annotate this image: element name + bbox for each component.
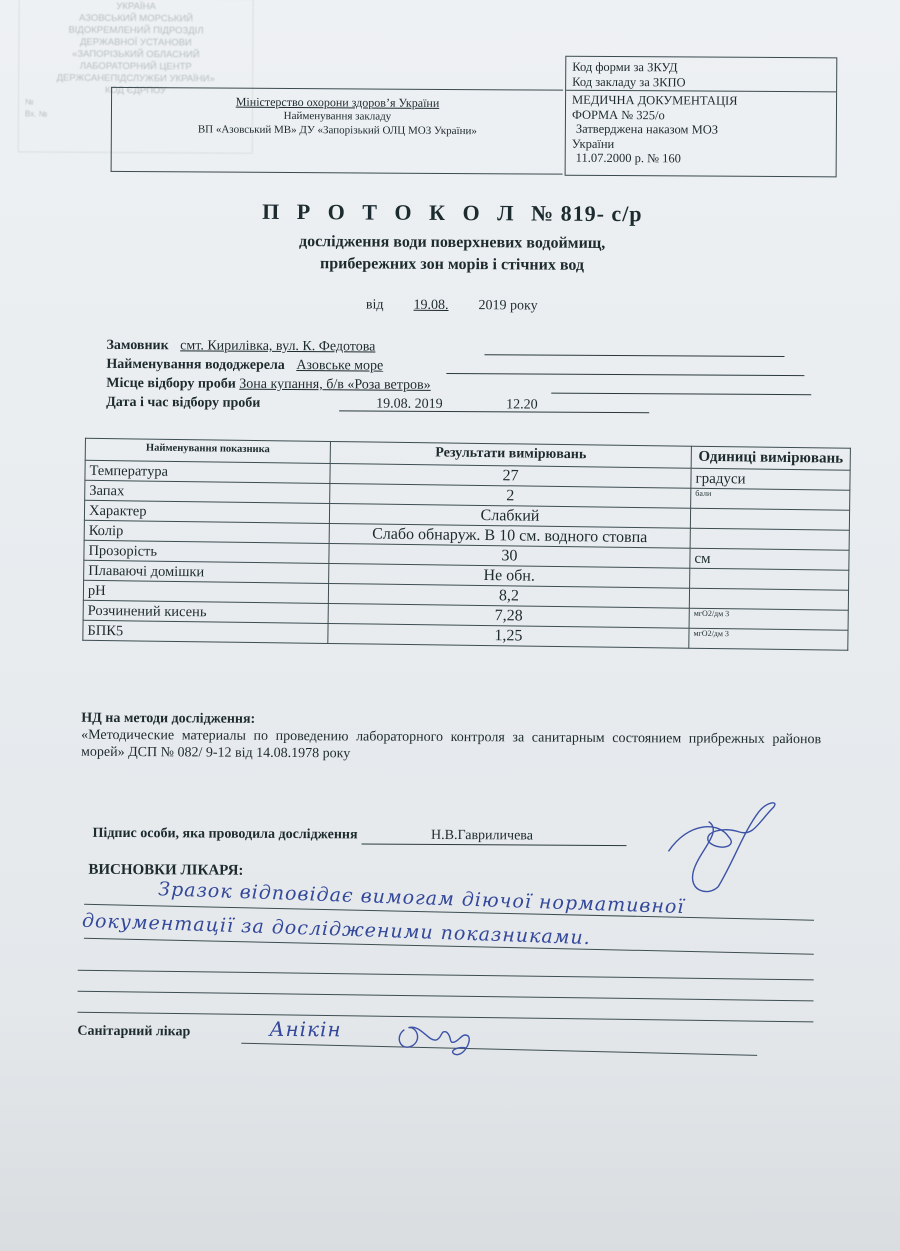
datetime-date: 19.08. 2019	[376, 395, 443, 414]
measurement-value: 1,25	[328, 623, 689, 648]
protocol-title: П Р О Т О К О Л № 819- с/р	[2, 197, 900, 228]
conclusion-heading: ВИСНОВКИ ЛІКАРЯ:	[88, 862, 243, 880]
indicator-name: БПК5	[83, 620, 328, 643]
conclusion-line	[78, 970, 814, 981]
date-value: 19.08.	[387, 298, 475, 315]
conclusion-line	[78, 991, 814, 1002]
protocol-document: УКРАЇНА АЗОВСЬКИЙ МОРСЬКИЙ ВІДОКРЕМЛЕНИЙ…	[0, 0, 900, 1251]
measurement-unit	[690, 508, 849, 530]
measurement-unit: бали	[691, 488, 850, 510]
researcher-signature: Підпис особи, яка проводила дослідження …	[93, 826, 627, 846]
sample-info: Замовник смт. Кирилівка, вул. К. Федотов…	[106, 336, 826, 416]
institution-code-label: Код закладу за ЗКПО	[572, 74, 830, 90]
researcher-name: Н.В.Гавриличева	[361, 827, 626, 846]
protocol-subtitle: дослідження води поверхневих водоймищ, п…	[2, 229, 900, 278]
measurement-unit	[689, 588, 848, 610]
form-number: ФОРМА № 325/о	[572, 107, 830, 123]
datetime-label: Дата і час відбору проби	[106, 395, 260, 411]
customer-value: смт. Кирилівка, вул. К. Федотова	[180, 338, 375, 354]
methods-text: «Методические материалы по проведению ла…	[81, 727, 821, 766]
signature-label: Підпис особи, яка проводила дослідження	[93, 826, 358, 843]
measurement-unit: см	[690, 548, 849, 570]
date-year: 2019 року	[479, 298, 538, 313]
measurement-unit: градуси	[691, 468, 850, 490]
approved-country: України	[572, 136, 830, 152]
source-label: Найменування вододжерела	[106, 357, 284, 373]
underline	[551, 393, 811, 396]
source-value: Азовське море	[296, 358, 383, 374]
institution-box: Міністерство охорони здоров’я України На…	[111, 87, 564, 175]
doctor-signature-line	[241, 1043, 757, 1056]
institution-name: ВП «Азовський МВ» ДУ «Запорізький ОЛЦ МО…	[112, 122, 563, 139]
sampling-datetime-field: Дата і час відбору проби 19.08. 2019 12.…	[106, 393, 826, 416]
measurement-unit: мгО2/дм 3	[689, 608, 848, 630]
medical-doc-label: МЕДИЧНА ДОКУМЕНТАЦІЯ	[572, 93, 830, 109]
results-table: Найменування показника Результати вимірю…	[82, 438, 851, 651]
approved-date: 11.07.2000 р. № 160	[572, 151, 830, 167]
customer-label: Замовник	[107, 338, 169, 353]
doctor-label: Санітарний лікар	[77, 1024, 190, 1041]
date-prefix: від	[366, 297, 384, 312]
place-label: Місце відбору проби	[106, 376, 236, 392]
datetime-time: 12.20	[506, 395, 538, 414]
measurement-unit	[690, 528, 849, 550]
subtitle-line-2: прибережних зон морів і стічних вод	[2, 251, 900, 278]
approved-by: Затверджена наказом МОЗ	[572, 122, 830, 138]
methods-section: НД на методи дослідження: «Методические …	[81, 710, 821, 766]
place-value: Зона купання, б/в «Роза ветров»	[239, 377, 430, 393]
protocol-date: від 19.08. 2019 року	[2, 295, 900, 316]
form-codes-box: Код форми за ЗКУД Код закладу за ЗКПО МЕ…	[565, 56, 838, 178]
title-word: П Р О Т О К О Л	[262, 199, 520, 226]
measurement-unit	[690, 568, 849, 590]
doctor-handwritten-name: Анікін	[269, 1017, 341, 1041]
protocol-number: № 819- с/р	[531, 200, 643, 226]
doctor-signature-icon	[392, 1012, 482, 1063]
form-code-label: Код форми за ЗКУД	[572, 60, 830, 76]
handwritten-signature-icon	[648, 791, 789, 902]
measurement-unit: мгО2/дм 3	[689, 628, 848, 650]
col-header-indicator: Найменування показника	[85, 438, 330, 463]
col-header-units: Одиниці вимірювань	[691, 446, 850, 470]
